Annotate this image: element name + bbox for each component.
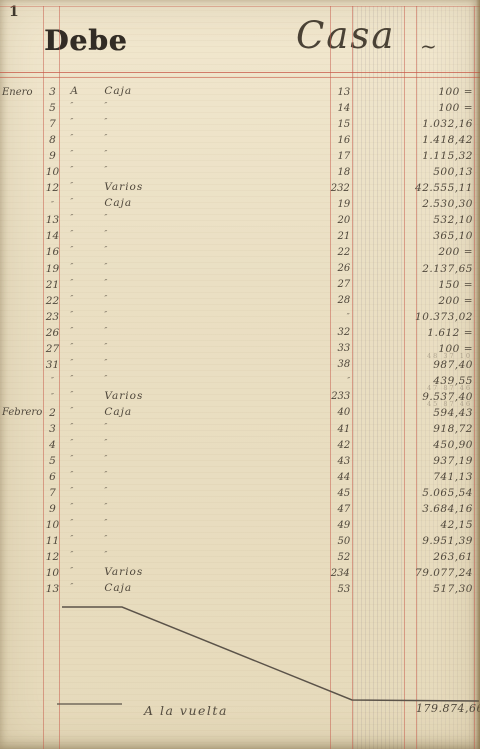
entry-cell: ″″: [60, 293, 328, 309]
amount-cell: 42,15: [416, 519, 480, 531]
entry-cell: ″Varios: [60, 180, 328, 196]
day-cell: 31: [45, 359, 61, 371]
entry-account: ″: [104, 422, 108, 431]
entry-cell: ″Varios: [60, 565, 328, 581]
entry-cell: ″″: [60, 100, 328, 116]
entry-account: Varios: [104, 566, 143, 578]
folio-cell: 27: [329, 279, 353, 290]
top-rule: [0, 6, 480, 7]
amount-cell: 937,19: [416, 455, 480, 467]
entry-cell: ″″: [60, 148, 328, 164]
folio-cell: 16: [329, 135, 353, 146]
entry-account: ″: [104, 358, 108, 367]
entry-cell: ″″: [60, 469, 328, 485]
entry-cell: ″″: [60, 244, 328, 260]
day-cell: 6: [45, 471, 61, 483]
ledger-row: 12″″52263,61: [0, 549, 480, 565]
folio-cell: 232: [328, 183, 352, 194]
amount-cell: 79.077,24: [415, 567, 480, 579]
ledger-row: 5″″14100 =: [0, 100, 480, 116]
entry-account: ″: [104, 294, 108, 303]
entry-account: ″: [104, 310, 108, 319]
entry-account: Caja: [104, 85, 132, 97]
folio-cell: 47: [329, 504, 353, 515]
entry-cell: ″″: [60, 228, 328, 244]
amount-cell: 2.137,65: [416, 263, 480, 275]
amount-cell: 100 =48 37 10: [416, 343, 480, 355]
entry-cell: ″″: [60, 325, 328, 341]
ledger-rows: Enero3ACaja13100 =5″″14100 =7″″151.032,1…: [0, 84, 480, 598]
folio-cell: 42: [329, 440, 353, 451]
entry-prefix: ″: [70, 101, 73, 110]
amount-cell: 10.373,02: [415, 311, 480, 323]
entry-prefix: ″: [70, 326, 73, 335]
entry-cell: ″Caja: [60, 196, 328, 212]
day-cell: 4: [45, 439, 61, 451]
ledger-row: Febrero2″Caja40594,43: [0, 405, 480, 421]
entry-cell: ″″: [60, 277, 328, 293]
ledger-row: 14″″21365,10: [0, 228, 480, 244]
folio-cell: 19: [329, 199, 353, 210]
amount-cell: 100 =: [416, 86, 480, 98]
day-cell: 10: [45, 166, 61, 178]
entry-cell: ″″: [60, 501, 328, 517]
entry-account: Caja: [104, 197, 132, 209]
entry-cell: ″″: [60, 212, 328, 228]
ledger-row: 4″″42450,90: [0, 437, 480, 453]
day-cell: 22: [45, 295, 61, 307]
day-cell: ″: [45, 376, 61, 385]
carry-forward-label: A la vuelta: [144, 703, 228, 718]
entry-account: ″: [104, 518, 108, 527]
entry-prefix: ″: [70, 245, 73, 254]
day-cell: 7: [45, 487, 61, 499]
ledger-row: 10″Varios23479.077,24: [0, 565, 480, 581]
amount-cell: 741,13: [416, 471, 480, 483]
entry-cell: ″″: [60, 549, 328, 565]
entry-prefix: ″: [70, 229, 73, 238]
day-cell: 8: [45, 134, 61, 146]
entry-account: Caja: [104, 582, 132, 594]
account-title-dash: ~: [420, 34, 437, 58]
entry-cell: ″″: [60, 517, 328, 533]
entry-prefix: ″: [70, 310, 73, 319]
ledger-row: 13″Caja53517,30: [0, 581, 480, 597]
entry-prefix: ″: [70, 294, 73, 303]
ledger-row: 10″″18500,13: [0, 164, 480, 180]
entry-prefix: ″: [70, 470, 73, 479]
amount-cell: 500,13: [416, 166, 480, 178]
amount-cell: 365,10: [416, 230, 480, 242]
day-cell: 13: [45, 583, 61, 595]
entry-prefix: ″: [70, 422, 73, 431]
folio-cell: 234: [328, 568, 352, 579]
entry-cell: ″Caja: [60, 581, 328, 597]
ledger-row: ″″Caja192.530,30: [0, 196, 480, 212]
entry-account: ″: [104, 213, 108, 222]
entry-cell: ″″: [60, 533, 328, 549]
amount-cell: 42.555,11: [415, 182, 480, 194]
amount-cell: 9.951,39: [416, 535, 480, 547]
day-cell: ″: [45, 200, 61, 209]
ledger-row: 22″″28200 =: [0, 293, 480, 309]
folio-cell: 13: [329, 87, 353, 98]
folio-cell: 18: [329, 167, 353, 178]
amount-cell: 150 =: [416, 279, 480, 291]
amount-cell: 3.684,16: [416, 503, 480, 515]
day-cell: 19: [45, 263, 61, 275]
day-cell: 3: [45, 86, 61, 98]
entry-account: ″: [104, 133, 108, 142]
ledger-row: 16″″22200 =: [0, 244, 480, 260]
entry-account: ″: [104, 245, 108, 254]
entry-account: ″: [104, 502, 108, 511]
entry-prefix: ″: [70, 566, 73, 575]
entry-cell: ″″: [60, 341, 328, 357]
entry-cell: ″″: [60, 485, 328, 501]
day-cell: 3: [45, 423, 61, 435]
entry-cell: ″″: [60, 357, 328, 373]
amount-cell: 1.612 =: [416, 327, 480, 339]
entry-account: ″: [104, 326, 108, 335]
day-cell: 12: [44, 182, 60, 194]
day-cell: 2: [45, 407, 61, 419]
folio-cell: 26: [329, 263, 353, 274]
header-rule-2: [0, 77, 480, 78]
entry-prefix: ″: [70, 550, 73, 559]
folio-cell: 53: [329, 584, 353, 595]
entry-cell: ″″: [60, 421, 328, 437]
entry-cell: ″″: [60, 116, 328, 132]
amount-cell: 9.537,4045 87 46: [416, 391, 480, 403]
day-cell: 7: [45, 118, 61, 130]
carry-forward-total: 179.874,66: [416, 702, 474, 715]
ledger-row: 31″″38987,40: [0, 357, 480, 373]
ledger-row: 23″″″10.373,02: [0, 309, 480, 325]
day-cell: 9: [45, 150, 61, 162]
entry-cell: ″″: [60, 261, 328, 277]
entry-prefix: ″: [70, 358, 73, 367]
entry-cell: ″″: [60, 309, 328, 325]
folio-cell: 15: [329, 119, 353, 130]
entry-prefix: ″: [70, 278, 73, 287]
folio-cell: 33: [329, 343, 353, 354]
day-cell: 14: [45, 230, 61, 242]
entry-cell: ″″: [60, 437, 328, 453]
account-title: Casa: [296, 14, 395, 57]
amount-cell: 987,40: [416, 359, 480, 371]
entry-account: ″: [104, 534, 108, 543]
amount-cell: 1.032,16: [416, 118, 480, 130]
day-cell: 13: [45, 214, 61, 226]
entry-cell: ″″: [60, 453, 328, 469]
ledger-row: 7″″455.065,54: [0, 485, 480, 501]
entry-prefix: ″: [70, 502, 73, 511]
ledger-row: 10″″4942,15: [0, 517, 480, 533]
folio-cell: 50: [329, 536, 353, 547]
day-cell: 10: [45, 519, 61, 531]
folio-cell: 28: [329, 295, 353, 306]
entry-prefix: ″: [70, 149, 73, 158]
entry-prefix: ″: [70, 117, 73, 126]
day-cell: ″: [45, 392, 61, 401]
amount-cell: 200 =: [416, 246, 480, 258]
page-edge-shadow: [476, 0, 480, 749]
folio-cell: 45: [329, 488, 353, 499]
day-cell: 5: [45, 102, 61, 114]
folio-cell: 43: [329, 456, 353, 467]
entry-account: ″: [104, 486, 108, 495]
day-cell: 11: [45, 535, 61, 547]
entry-prefix: ″: [70, 534, 73, 543]
entry-cell: ″Caja: [60, 405, 328, 421]
ledger-row: ″″Varios2339.537,4045 87 46: [0, 389, 480, 405]
entry-prefix: ″: [70, 342, 73, 351]
entry-account: ″: [104, 342, 108, 351]
ledger-row: 21″″27150 =: [0, 277, 480, 293]
ledger-row: Enero3ACaja13100 =: [0, 84, 480, 100]
ledger-row: ″″″″439,5547 87 46: [0, 373, 480, 389]
entry-prefix: ″: [70, 197, 73, 206]
entry-account: Varios: [104, 181, 143, 193]
entry-prefix: ″: [70, 390, 73, 399]
entry-account: ″: [104, 438, 108, 447]
ledger-row: 11″″509.951,39: [0, 533, 480, 549]
entry-account: ″: [104, 262, 108, 271]
amount-cell: 517,30: [416, 583, 480, 595]
amount-cell: 439,5547 87 46: [416, 375, 480, 387]
folio-cell: 41: [329, 424, 353, 435]
amount-cell: 450,90: [416, 439, 480, 451]
entry-prefix: A: [70, 85, 78, 97]
amount-cell: 5.065,54: [416, 487, 480, 499]
amount-cell: 918,72: [416, 423, 480, 435]
entry-prefix: ″: [70, 582, 73, 591]
entry-prefix: ″: [70, 486, 73, 495]
entry-prefix: ″: [70, 406, 73, 415]
folio-cell: 38: [329, 359, 353, 370]
entry-cell: ″″: [60, 373, 328, 389]
day-cell: 26: [45, 327, 61, 339]
entry-prefix: ″: [70, 518, 73, 527]
entry-prefix: ″: [70, 262, 73, 271]
header-rule-1: [0, 72, 480, 73]
entry-account: ″: [104, 454, 108, 463]
ledger-row: 7″″151.032,16: [0, 116, 480, 132]
folio-cell: 233: [329, 391, 353, 402]
folio-cell: 32: [329, 327, 353, 338]
entry-account: ″: [104, 229, 108, 238]
entry-account: ″: [104, 101, 108, 110]
entry-account: ″: [104, 149, 108, 158]
day-cell: 21: [45, 279, 61, 291]
day-cell: 9: [45, 503, 61, 515]
ledger-row: 12″Varios23242.555,11: [0, 180, 480, 196]
ledger-row: 9″″171.115,32: [0, 148, 480, 164]
ledger-row: 9″″473.684,16: [0, 501, 480, 517]
ledger-row: 13″″20532,10: [0, 212, 480, 228]
day-cell: 23: [44, 311, 60, 323]
folio-cell: 49: [329, 520, 353, 531]
folio-cell: 20: [329, 215, 353, 226]
amount-cell: 1.418,42: [416, 134, 480, 146]
entry-account: Varios: [104, 390, 143, 402]
day-cell: 10: [44, 567, 60, 579]
ledger-row: 6″″44741,13: [0, 469, 480, 485]
entry-prefix: ″: [70, 133, 73, 142]
entry-account: ″: [104, 165, 108, 174]
month-cell: Febrero: [0, 407, 45, 418]
entry-prefix: ″: [70, 181, 73, 190]
amount-cell: 1.115,32: [416, 150, 480, 162]
day-cell: 12: [45, 551, 61, 563]
entry-prefix: ″: [70, 454, 73, 463]
folio-cell: 52: [329, 552, 353, 563]
folio-cell: 40: [329, 407, 353, 418]
ledger-row: 26″″321.612 =: [0, 325, 480, 341]
amount-cell: 200 =: [416, 295, 480, 307]
folio-cell: 22: [329, 247, 353, 258]
ledger-row: 5″″43937,19: [0, 453, 480, 469]
entry-account: ″: [104, 374, 108, 383]
amount-cell: 263,61: [416, 551, 480, 563]
folio-cell: 17: [329, 151, 353, 162]
folio-cell: 44: [329, 472, 353, 483]
entry-prefix: ″: [70, 374, 73, 383]
day-cell: 16: [45, 246, 61, 258]
entry-prefix: ″: [70, 213, 73, 222]
day-cell: 27: [45, 343, 61, 355]
entry-cell: ″Varios: [60, 389, 328, 405]
amount-cell: 2.530,30: [416, 198, 480, 210]
day-cell: 5: [45, 455, 61, 467]
entry-cell: ″″: [60, 164, 328, 180]
ledger-row: 19″″262.137,65: [0, 261, 480, 277]
ledger-page: 1 Debe Casa ~ Enero3ACaja13100 =5″″14100…: [0, 0, 480, 749]
folio-cell: 14: [329, 103, 353, 114]
ledger-row: 27″″33100 =48 37 10: [0, 341, 480, 357]
amount-cell: 594,43: [416, 407, 480, 419]
entry-account: ″: [104, 470, 108, 479]
entry-prefix: ″: [70, 438, 73, 447]
ledger-row: 8″″161.418,42: [0, 132, 480, 148]
entry-account: Caja: [104, 406, 132, 418]
entry-account: ″: [104, 550, 108, 559]
entry-account: ″: [104, 117, 108, 126]
entry-account: ″: [104, 278, 108, 287]
debit-heading: Debe: [44, 24, 128, 57]
entry-cell: ″″: [60, 132, 328, 148]
entry-cell: ACaja: [60, 84, 328, 100]
amount-cell: 532,10: [416, 214, 480, 226]
folio-cell: ″: [328, 312, 352, 321]
folio-cell: 21: [329, 231, 353, 242]
amount-cell: 100 =: [416, 102, 480, 114]
folio-cell: ″: [329, 376, 353, 385]
month-cell: Enero: [0, 87, 45, 98]
entry-prefix: ″: [70, 165, 73, 174]
ledger-row: 3″″41918,72: [0, 421, 480, 437]
